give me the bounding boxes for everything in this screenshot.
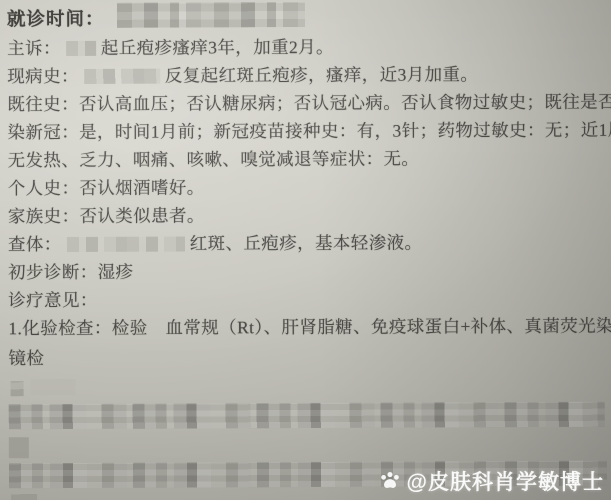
personal-history-text: 个人史：否认烟酒嗜好。 (8, 177, 205, 198)
watermark-handle: @皮肤科肖学敏博士 (407, 466, 604, 496)
redaction-block (9, 437, 29, 458)
field-present-illness: 现病史：反复起红斑丘疱疹，瘙痒，近3月加重。 (7, 61, 610, 89)
redaction-block (31, 379, 76, 395)
redaction-block-chief (66, 41, 96, 56)
chief-complaint-text: 起丘疱疹瘙痒3年，加重2月。 (101, 37, 334, 58)
field-lab-tests: 1.化验检查：检验 血常规（Rt）、肝肾脂糖、免疫球蛋白+补体、真菌荧光染色 (8, 313, 611, 341)
lab-tests-text: 1.化验检查：检验 血常规（Rt）、肝肾脂糖、免疫球蛋白+补体、真菌荧光染色 (8, 316, 611, 339)
field-physical-exam: 查体：红斑、丘疱疹，基本轻渗液。 (8, 229, 611, 257)
visit-time-label: 就诊时间： (7, 10, 105, 30)
redaction-block-visit-time (116, 2, 304, 28)
field-covid-history: 染新冠：是，时间1月前；新冠疫苗接种史：有，3针；药物过敏史：无；近1周有 (7, 117, 610, 145)
field-visit-time: 就诊时间： (7, 3, 610, 34)
present-illness-text: 反复起红斑丘疱疹，瘙痒，近3月加重。 (165, 64, 479, 85)
covid-history-text: 染新冠：是，时间1月前；新冠疫苗接种史：有，3针；药物过敏史：无；近1周有 (7, 120, 611, 143)
field-family-history: 家族史：否认类似患者。 (8, 201, 611, 229)
redaction-row-footer-1 (9, 402, 605, 430)
watermark: @皮肤科肖学敏博士 (379, 466, 604, 496)
redaction-block (11, 381, 24, 396)
record-text-layer: 就诊时间： 主诉：起丘疱疹瘙痒3年，加重2月。 现病史：反复起红斑丘疱疹，瘙痒，… (0, 0, 611, 500)
redaction-block-hpi (84, 69, 160, 84)
lab-tests-continued-text: 镜检 (8, 348, 44, 368)
present-illness-label: 现病史： (7, 66, 79, 86)
redaction-block (11, 493, 37, 500)
preliminary-diagnosis-text: 初步诊断：湿疹 (8, 262, 133, 283)
field-treatment-plan-header: 诊疗意见： (8, 285, 611, 313)
past-history-text: 既往史：否认高血压；否认糖尿病；否认冠心病。否认食物过敏史；既往是否感 (7, 92, 611, 115)
paw-icon (379, 470, 401, 492)
chief-complaint-label: 主诉： (7, 38, 61, 58)
field-lab-tests-continued: 镜检 (8, 343, 611, 371)
family-history-text: 家族史：否认类似患者。 (8, 205, 205, 226)
medical-record-photo: 就诊时间： 主诉：起丘疱疹瘙痒3年，加重2月。 现病史：反复起红斑丘疱疹，瘙痒，… (0, 0, 611, 500)
field-past-history: 既往史：否认高血压；否认糖尿病；否认冠心病。否认食物过敏史；既往是否感 (7, 89, 610, 117)
covid-symptoms-text: 无发热、乏力、咽痛、咳嗽、嗅觉减退等症状：无。 (8, 149, 420, 171)
physical-exam-label: 查体： (8, 234, 62, 254)
field-covid-symptoms: 无发热、乏力、咽痛、咳嗽、嗅觉减退等症状：无。 (8, 145, 611, 173)
physical-exam-text: 红斑、丘疱疹，基本轻渗液。 (190, 232, 423, 253)
field-chief-complaint: 主诉：起丘疱疹瘙痒3年，加重2月。 (7, 33, 610, 61)
treatment-plan-header-text: 诊疗意见： (8, 290, 98, 310)
redaction-block-exam (67, 237, 185, 253)
field-personal-history: 个人史：否认烟酒嗜好。 (8, 173, 611, 201)
field-preliminary-diagnosis: 初步诊断：湿疹 (8, 257, 611, 285)
